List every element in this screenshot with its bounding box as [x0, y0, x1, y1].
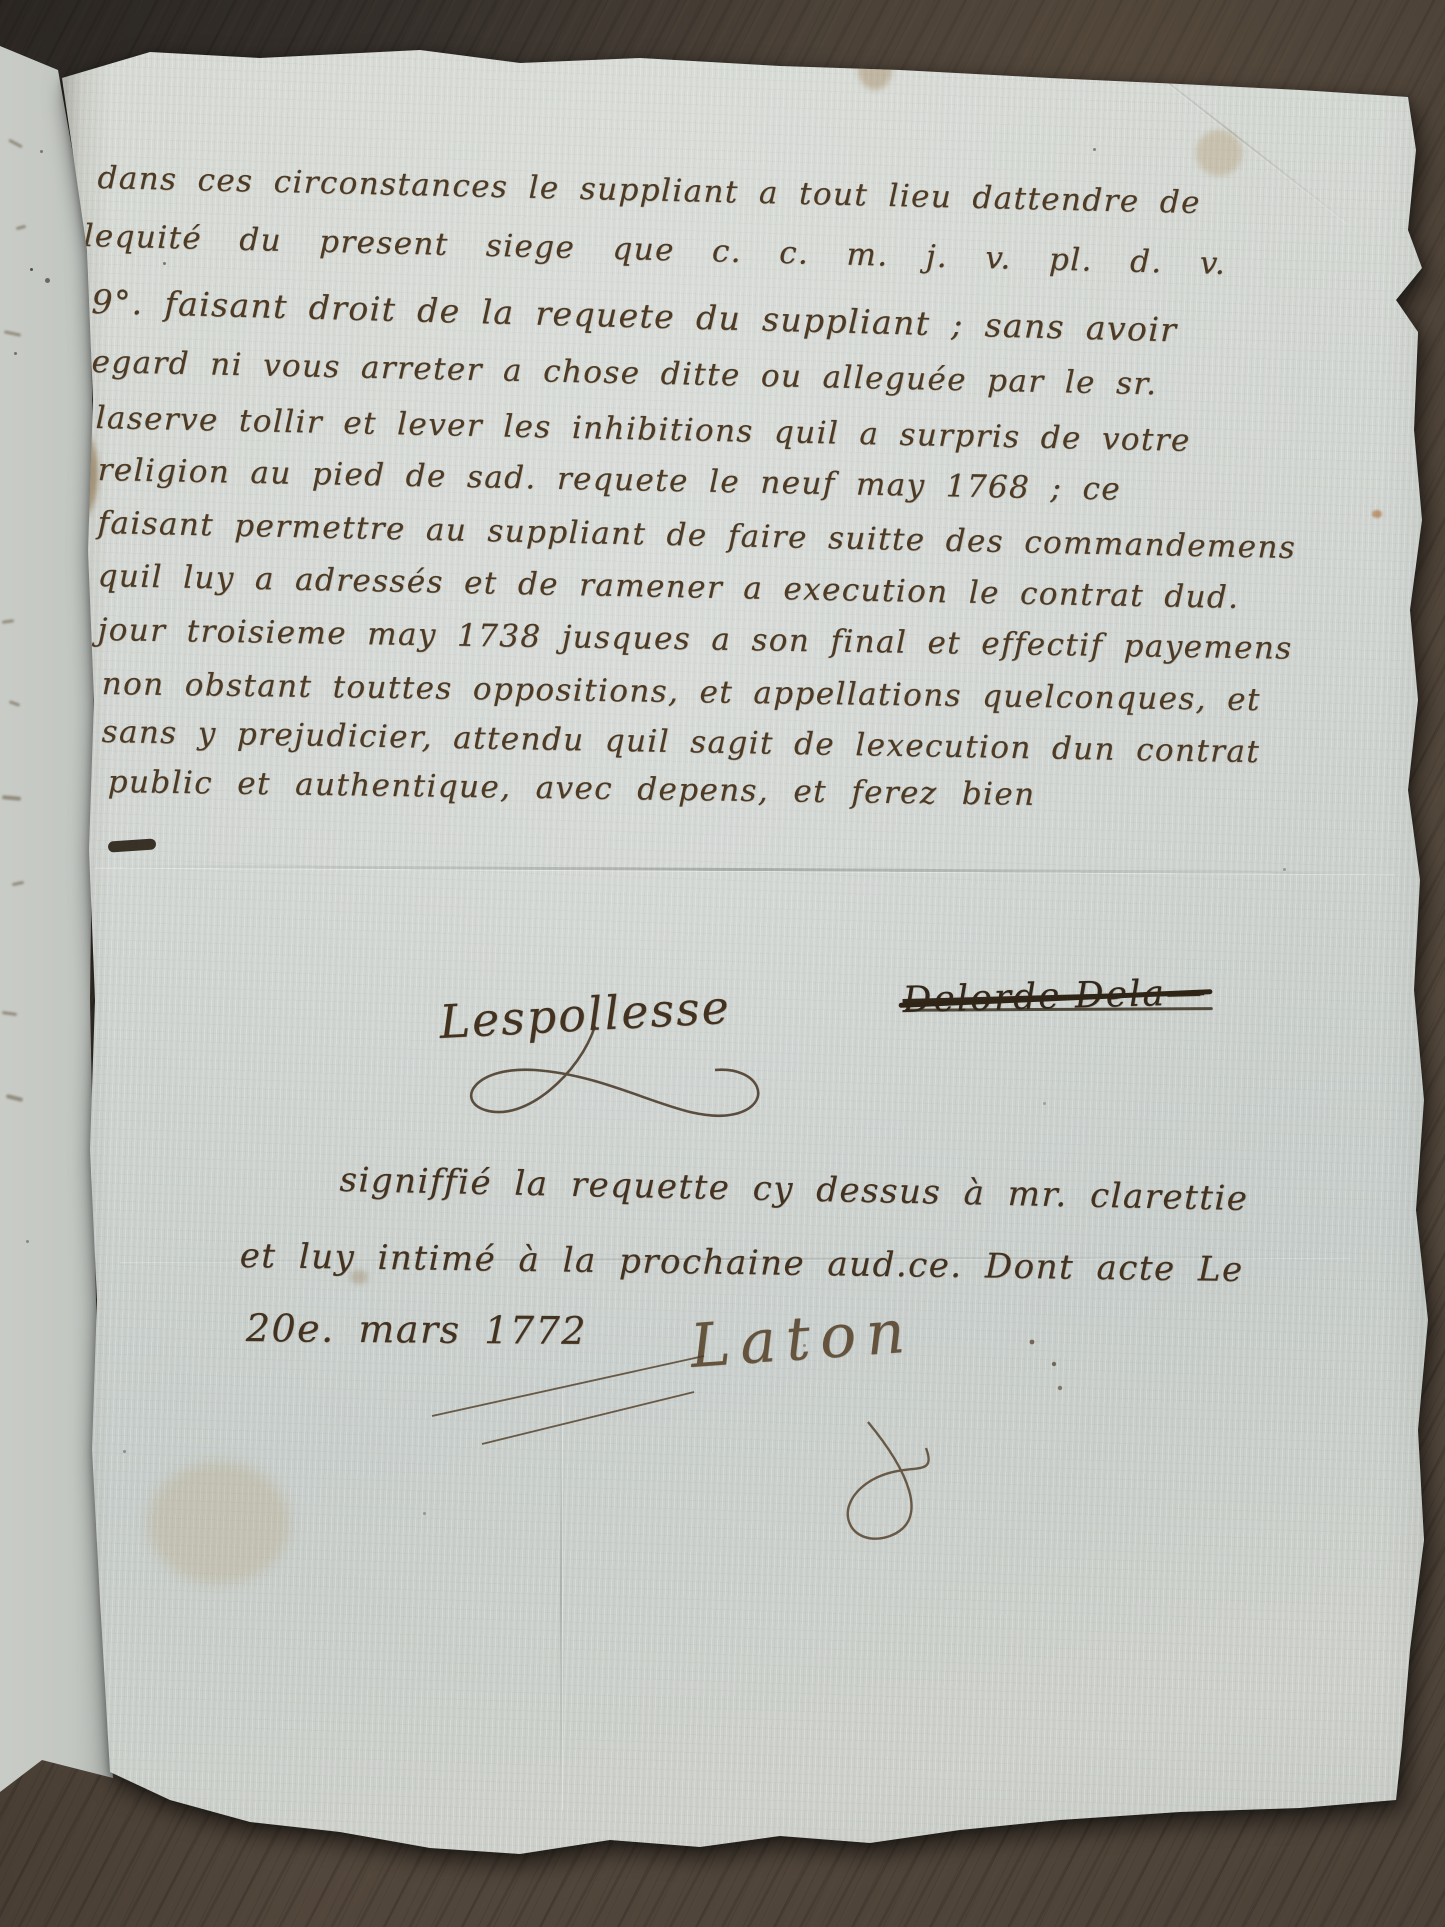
manuscript-line: 9°. faisant droit de la requete du suppl… [91, 282, 1178, 349]
manuscript-line: public et authentique, avec depens, et f… [107, 764, 1035, 813]
fold-stain [34, 418, 98, 530]
manuscript-line: sans y prejudicier, attendu quil sagit d… [101, 714, 1260, 770]
manuscript-line: dans ces circonstances le suppliant a to… [97, 160, 1201, 221]
note-line: et luy intimé à la prochaine aud.ce. Don… [239, 1236, 1243, 1290]
manuscript-sheet-wrap: dans ces circonstances le suppliant a to… [0, 0, 1445, 1927]
manuscript-line: laserve tollir et lever les inhibitions … [95, 400, 1191, 459]
manuscript-line: egard ni vous arreter a chose ditte ou a… [91, 344, 1158, 402]
manuscript-line: jour troisieme may 1738 jusques a son fi… [97, 612, 1292, 667]
stain [148, 1462, 290, 1584]
manuscript-line: religion au pied de sad. requete le neuf… [97, 452, 1121, 508]
stain [1196, 130, 1242, 176]
photo-of-manuscript: dans ces circonstances le suppliant a to… [0, 0, 1445, 1927]
stain [58, 1326, 88, 1388]
manuscript-line: non obstant touttes oppositions, et appe… [101, 666, 1261, 718]
horizontal-crease [95, 865, 1395, 875]
signature-flourish [420, 1330, 1080, 1570]
struck-out-name: Delorde Dela— [902, 972, 1204, 1021]
specks [163, 262, 166, 265]
stain [1372, 510, 1382, 518]
stain [848, 6, 890, 64]
signature-flourish [430, 1018, 850, 1148]
manuscript-line: faisant permettre au suppliant de faire … [97, 505, 1296, 566]
stain [858, 48, 892, 90]
manuscript-line: quil luy a adressés et de ramener a exec… [97, 558, 1239, 616]
fold-stain [56, 452, 86, 498]
ink-blot [108, 838, 157, 852]
manuscript-line: lequité du present siege que c. c. m. j.… [83, 218, 1227, 282]
manuscript-page: dans ces circonstances le suppliant a to… [0, 0, 1445, 1927]
note-line: signiffié la requette cy dessus à mr. cl… [339, 1160, 1249, 1219]
